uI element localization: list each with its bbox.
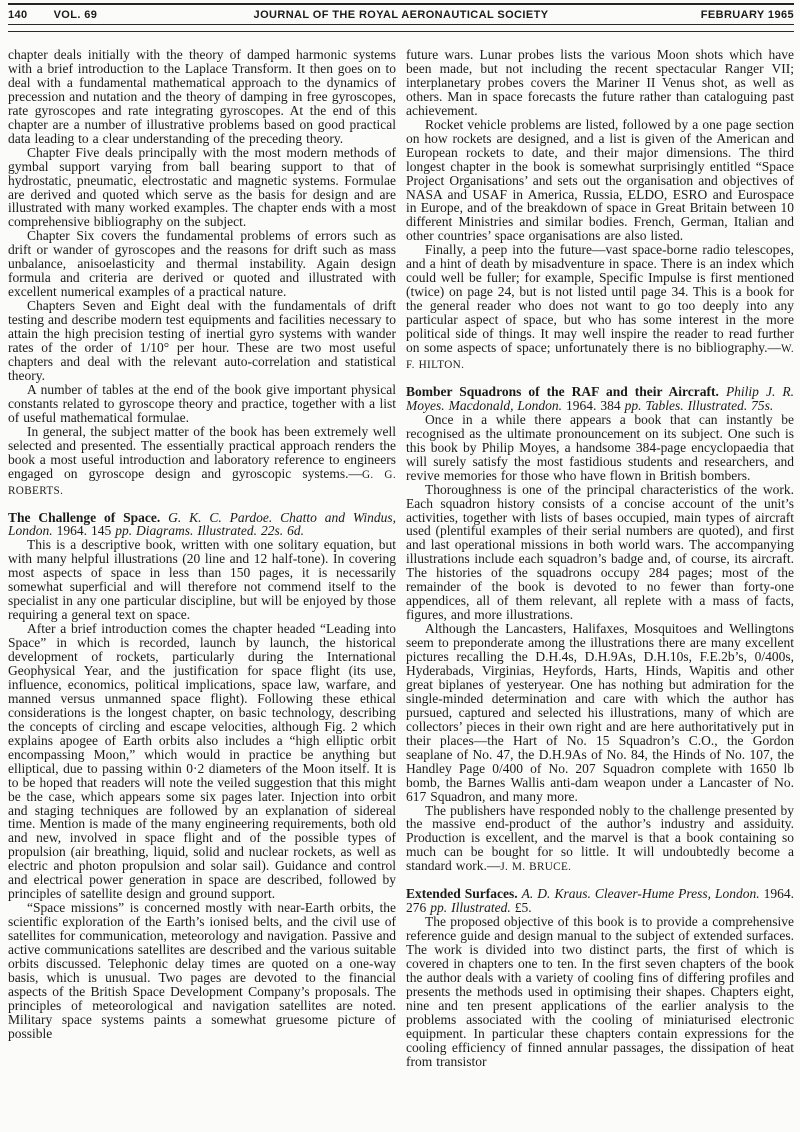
text-segment: pp. Diagrams. Illustrated. 22s. 6d. bbox=[115, 523, 304, 538]
body-paragraph: Rocket vehicle problems are listed, foll… bbox=[406, 118, 794, 244]
body-paragraph: In general, the subject matter of the bo… bbox=[8, 425, 396, 499]
text-segment: Chapter Six covers the fundamental probl… bbox=[8, 228, 396, 299]
text-segment: 1964. 384 bbox=[566, 398, 625, 413]
body-paragraph: The proposed objective of this book is t… bbox=[406, 915, 794, 1068]
text-segment: A. D. Kraus. Cleaver-Hume Press, London. bbox=[522, 886, 764, 901]
review-heading: The Challenge of Space. G. K. C. Pardoe.… bbox=[8, 511, 396, 539]
text-segment: This is a descriptive book, written with… bbox=[8, 537, 396, 622]
text-segment: “Space missions” is concerned mostly wit… bbox=[8, 900, 396, 1041]
page-number: 140 bbox=[8, 9, 28, 21]
body-paragraph: Chapters Seven and Eight deal with the f… bbox=[8, 299, 396, 383]
text-segment: Chapter Five deals principally with the … bbox=[8, 145, 396, 230]
text-segment: 1964. 145 bbox=[57, 523, 116, 538]
text-segment: pp. Illustrated. bbox=[430, 900, 514, 915]
text-segment: The Challenge of Space. bbox=[8, 510, 168, 525]
body-paragraph: Chapter Six covers the fundamental probl… bbox=[8, 229, 396, 299]
body-paragraph: Once in a while there appears a book tha… bbox=[406, 413, 794, 483]
body-paragraph: The publishers have responded nobly to t… bbox=[406, 804, 794, 876]
header-bottom-rule bbox=[8, 31, 794, 32]
text-segment: pp. Tables. Illustrated. 75s. bbox=[625, 398, 774, 413]
body-paragraph: future wars. Lunar probes lists the vari… bbox=[406, 48, 794, 118]
journal-page: 140 VOL. 69 JOURNAL OF THE ROYAL AERONAU… bbox=[0, 0, 800, 1132]
journal-title: JOURNAL OF THE ROYAL AERONAUTICAL SOCIET… bbox=[188, 9, 614, 21]
text-segment: Thoroughness is one of the principal cha… bbox=[406, 482, 794, 623]
text-segment: Rocket vehicle problems are listed, foll… bbox=[406, 117, 794, 244]
header-mid-rule bbox=[8, 24, 794, 25]
text-segment: Although the Lancasters, Halifaxes, Mosq… bbox=[406, 621, 794, 803]
text-segment: The proposed objective of this book is t… bbox=[406, 914, 794, 1069]
body-paragraph: After a brief introduction comes the cha… bbox=[8, 622, 396, 901]
volume-label: VOL. 69 bbox=[54, 9, 98, 21]
text-segment: Once in a while there appears a book tha… bbox=[406, 412, 794, 483]
text-segment: The publishers have responded nobly to t… bbox=[406, 803, 794, 874]
review-heading: Extended Surfaces. A. D. Kraus. Cleaver-… bbox=[406, 887, 794, 915]
text-segment: In general, the subject matter of the bo… bbox=[8, 424, 396, 481]
text-segment: After a brief introduction comes the cha… bbox=[8, 621, 396, 901]
text-segment: A number of tables at the end of the boo… bbox=[8, 382, 396, 425]
left-column: chapter deals initially with the theory … bbox=[8, 48, 396, 1069]
body-paragraph: Chapter Five deals principally with the … bbox=[8, 146, 396, 230]
reviewer-signature: J. M. BRUCE. bbox=[500, 861, 571, 873]
header-left: 140 VOL. 69 bbox=[8, 9, 188, 21]
text-segment: £5. bbox=[515, 900, 532, 915]
page-header: 140 VOL. 69 JOURNAL OF THE ROYAL AERONAU… bbox=[8, 3, 794, 32]
body-paragraph: Thoroughness is one of the principal cha… bbox=[406, 483, 794, 623]
body-paragraph: Although the Lancasters, Halifaxes, Mosq… bbox=[406, 622, 794, 803]
body-paragraph: Finally, a peep into the future—vast spa… bbox=[406, 243, 794, 373]
text-segment: Bomber Squadrons of the RAF and their Ai… bbox=[406, 384, 726, 399]
text-segment: chapter deals initially with the theory … bbox=[8, 47, 396, 146]
text-segment: future wars. Lunar probes lists the vari… bbox=[406, 47, 794, 118]
body-paragraph: This is a descriptive book, written with… bbox=[8, 538, 396, 622]
review-columns: chapter deals initially with the theory … bbox=[8, 48, 794, 1069]
text-segment: Extended Surfaces. bbox=[406, 886, 522, 901]
body-paragraph: “Space missions” is concerned mostly wit… bbox=[8, 901, 396, 1041]
issue-date: FEBRUARY 1965 bbox=[614, 9, 794, 21]
text-segment: Finally, a peep into the future—vast spa… bbox=[406, 242, 794, 355]
header-row: 140 VOL. 69 JOURNAL OF THE ROYAL AERONAU… bbox=[8, 5, 794, 24]
review-heading: Bomber Squadrons of the RAF and their Ai… bbox=[406, 385, 794, 413]
right-column: future wars. Lunar probes lists the vari… bbox=[406, 48, 794, 1069]
body-paragraph: chapter deals initially with the theory … bbox=[8, 48, 396, 146]
body-paragraph: A number of tables at the end of the boo… bbox=[8, 383, 396, 425]
text-segment: Chapters Seven and Eight deal with the f… bbox=[8, 298, 396, 383]
